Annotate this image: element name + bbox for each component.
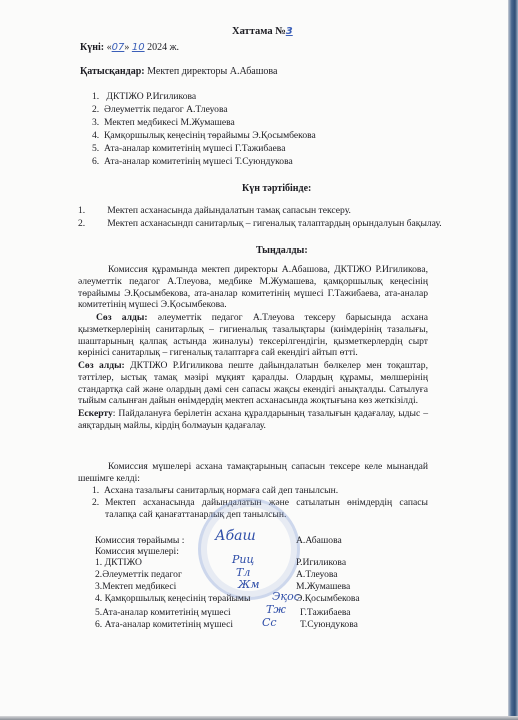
member-signature: Риц bbox=[232, 553, 254, 566]
decision-intro: Комиссия мүшелері асхана тамақтарының са… bbox=[78, 461, 428, 485]
item-text: Ата-аналар комитетінің мүшесі Т.Суюндуко… bbox=[104, 156, 293, 167]
member-signature: Тж bbox=[266, 603, 286, 616]
page-bottom-edge bbox=[0, 716, 518, 720]
item-num: 2. bbox=[92, 497, 105, 521]
speech-2: Сөз алды: ДКТІЖО Р.Игиликова пеште дайын… bbox=[78, 360, 428, 407]
item-num: 1. bbox=[92, 485, 99, 496]
speech-2-label: Сөз алды: bbox=[78, 360, 125, 371]
participant-item: 4. Қамқоршылық кеңесінің төрайымы Э.Қосы… bbox=[92, 130, 316, 142]
participant-item: 2. Әлеуметтік педагог А.Тлеуова bbox=[92, 104, 228, 116]
note-text: : Пайдалануға берілетін асхана құралдары… bbox=[78, 408, 428, 431]
item-num: 6. bbox=[92, 156, 99, 167]
date-year: 2024 bbox=[147, 42, 167, 53]
member-name: Э.Қосымбекова bbox=[296, 593, 360, 605]
item-num: 4. bbox=[92, 130, 99, 141]
speech-1: Сөз алды: әлеуметтік педагог А.Тлеуова т… bbox=[78, 312, 428, 359]
member-name: Р.Игиликова bbox=[296, 557, 346, 569]
member-signature: Сс bbox=[262, 616, 277, 629]
member-role: 6. Ата-аналар комитетінің мүшесі bbox=[95, 619, 233, 631]
item-text: Қамқоршылық кеңесінің төрайымы Э.Қосымбе… bbox=[104, 130, 316, 141]
participants-head: Мектеп директоры А.Абашова bbox=[147, 66, 277, 77]
date-suffix: ж. bbox=[170, 42, 179, 53]
item-num: 3. bbox=[92, 117, 99, 128]
date-label: Күні: bbox=[80, 42, 104, 53]
decision-item: 1. Асхана тазалығы санитарлық нормаға са… bbox=[92, 485, 338, 497]
member-role: 1. ДКТІЖО bbox=[95, 557, 142, 569]
agenda-item: 1.Мектеп асханасында дайындалатын тамақ … bbox=[78, 205, 351, 217]
member-role: 5.Ата-аналар комитетінің мүшесі bbox=[95, 607, 231, 619]
member-signature: Жм bbox=[238, 578, 259, 591]
participants-line: Қатысқандар: Мектеп директоры А.Абашова bbox=[80, 66, 277, 78]
heard-heading: Тыңдалды: bbox=[256, 245, 308, 257]
folder-edge bbox=[508, 0, 518, 720]
member-name: Т.Суюндукова bbox=[300, 619, 358, 631]
speech-1-label: Сөз алды: bbox=[96, 312, 148, 323]
item-num: 5. bbox=[92, 143, 99, 154]
participant-item: 1. ДКТІЖО Р.Игиликова bbox=[92, 91, 196, 103]
document-title: Хаттама №3 bbox=[232, 26, 293, 38]
chair-signature: Абаш bbox=[215, 528, 256, 544]
participant-item: 6. Ата-аналар комитетінің мүшесі Т.Суюнд… bbox=[92, 156, 293, 168]
item-text: Мектеп асханасында дайындалатын тамақ са… bbox=[107, 205, 351, 216]
agenda-heading: Күн тәртібінде: bbox=[242, 183, 311, 195]
item-text: Мектеп медбикесі М.Жумашева bbox=[104, 117, 235, 128]
item-text: ДКТІЖО Р.Игиликова bbox=[106, 91, 196, 102]
protocol-number: 3 bbox=[286, 26, 293, 37]
member-name: Г.Тажибаева bbox=[300, 607, 351, 619]
date-day: 07 bbox=[112, 42, 125, 53]
note: Ескерту: Пайдалануға берілетін асхана құ… bbox=[78, 408, 428, 432]
agenda-item: 2.Мектеп асханасындп санитарлық – гигена… bbox=[78, 218, 442, 230]
chair-name: А.Абашова bbox=[296, 535, 342, 547]
member-role: 3.Мектеп медбикесі bbox=[95, 581, 176, 593]
speech-2-text: ДКТІЖО Р.Игиликова пеште дайындалатын бө… bbox=[78, 360, 428, 406]
item-num: 1. bbox=[78, 205, 85, 216]
item-text: Әлеуметтік педагог А.Тлеуова bbox=[104, 104, 228, 115]
title-text: Хаттама № bbox=[232, 26, 286, 37]
note-label: Ескерту bbox=[78, 408, 113, 419]
participant-item: 3. Мектеп медбикесі М.Жумашева bbox=[92, 117, 235, 129]
heard-intro: Комиссия құрамында мектеп директоры А.Аб… bbox=[78, 264, 428, 311]
participant-item: 5. Ата-аналар комитетінің мүшесі Г.Тажиб… bbox=[92, 143, 285, 155]
date-month: 10 bbox=[132, 42, 145, 53]
member-role: 2.Әлеуметтік педагог bbox=[95, 569, 182, 581]
participants-label: Қатысқандар: bbox=[80, 66, 145, 77]
item-text: Ата-аналар комитетінің мүшесі Г.Тажибаев… bbox=[104, 143, 285, 154]
member-name: М.Жумашева bbox=[296, 581, 350, 593]
member-role: 4. Қамқоршылық кеңесінің төрайымы bbox=[95, 593, 250, 605]
item-num: 2. bbox=[92, 104, 99, 115]
item-num: 2. bbox=[78, 218, 85, 229]
document-page: Хаттама №3 Күні: «07» 10 2024 ж. Қатысқа… bbox=[0, 0, 508, 716]
item-num: 1. bbox=[92, 91, 99, 102]
item-text: Асхана тазалығы санитарлық нормаға сай д… bbox=[104, 485, 338, 496]
member-name: А.Тлеуова bbox=[296, 569, 338, 581]
item-text: Мектеп асханасындп санитарлық – гигеналы… bbox=[107, 218, 441, 229]
date-close-quote: » bbox=[124, 42, 129, 53]
date-line: Күні: «07» 10 2024 ж. bbox=[80, 42, 179, 54]
